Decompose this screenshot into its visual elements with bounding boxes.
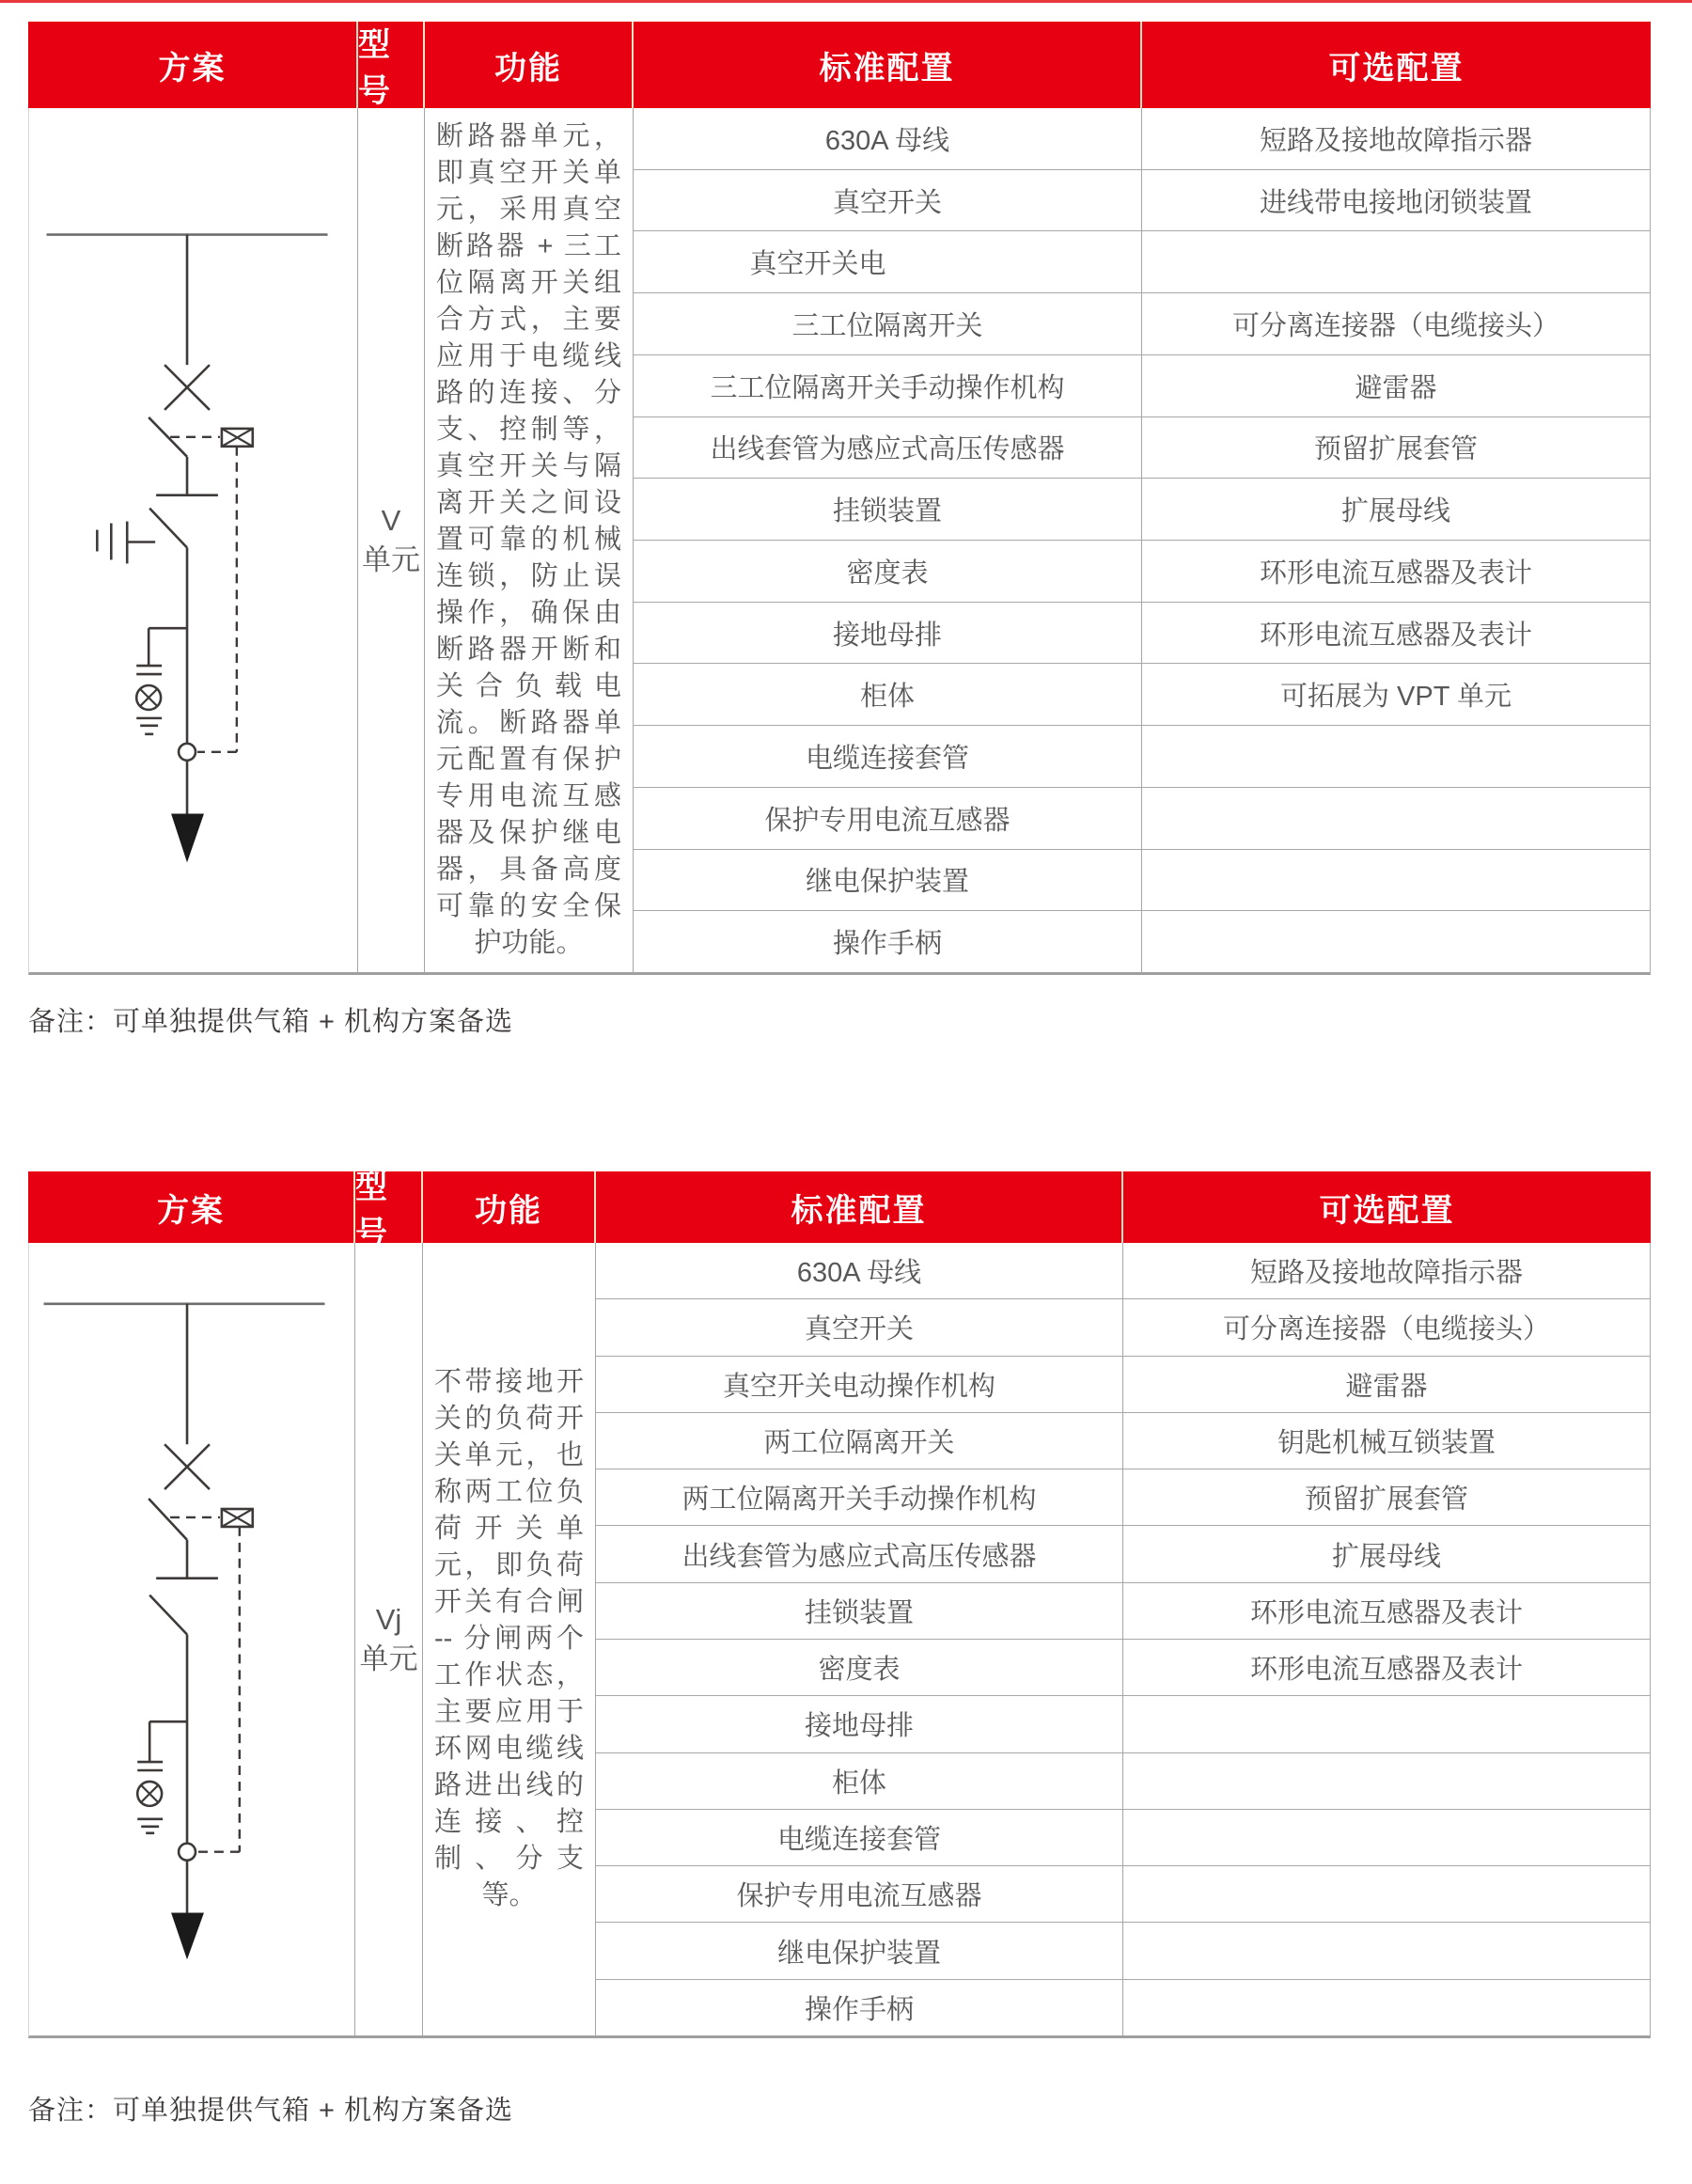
optional-config-cell: 扩展母线 [1142, 478, 1650, 540]
standard-config-item: 真空开关电 [749, 243, 885, 281]
optional-config-item: 钥匙机械互锁装置 [1277, 1422, 1496, 1460]
optional-config-item: 可分离连接器（电缆接头） [1223, 1308, 1550, 1346]
optional-config-cell: 环形电流互感器及表计 [1142, 540, 1650, 602]
standard-config-cell: 操作手柄 [596, 1979, 1122, 2035]
standard-config-item: 操作手柄 [833, 922, 942, 961]
standard-config-cell: 电缆连接套管 [596, 1809, 1122, 1865]
optional-config-item: 可分离连接器（电缆接头） [1232, 305, 1559, 343]
optional-config-cell [1142, 230, 1650, 292]
optional-config-item: 环形电流互感器及表计 [1260, 614, 1532, 652]
standard-config-item: 两工位隔离开关 [763, 1422, 954, 1460]
standard-config-cell: 挂锁装置 [596, 1582, 1122, 1639]
standard-config-item: 继电保护装置 [806, 860, 969, 899]
table-note: 备注：可单独提供气箱 + 机构方案备选 [28, 2089, 513, 2128]
standard-config-cell: 630A 母线 [634, 108, 1141, 169]
optional-config-cell: 可分离连接器（电缆接头） [1142, 292, 1650, 354]
optional-config-item: 环形电流互感器及表计 [1250, 1648, 1523, 1687]
standard-config-cell: 两工位隔离开关 [596, 1412, 1122, 1469]
standard-config-item: 接地母排 [805, 1705, 914, 1743]
optional-config-cell: 预留扩展套管 [1142, 416, 1650, 479]
standard-config-item: 保护专用电流互感器 [764, 799, 1010, 838]
standard-config-item: 两工位隔离开关手动操作机构 [681, 1478, 1036, 1516]
standard-config-cell: 两工位隔离开关手动操作机构 [596, 1469, 1122, 1525]
optional-config-item: 避雷器 [1355, 367, 1436, 405]
function-description: 不带接地开关的负荷开关单元，也称两工位负荷开关单元，即负荷开关有合闸 -- 分闸… [423, 1364, 595, 1914]
header-standard-config: 标准配置 [632, 22, 1140, 108]
header-optional-config: 可选配置 [1140, 22, 1651, 108]
optional-config-cell [1123, 1752, 1650, 1809]
function-cell: 断路器单元，即真空开关单元，采用真空断路器 + 三工位隔离开关组合方式，主要应用… [424, 108, 633, 972]
header-standard-config: 标准配置 [594, 1171, 1121, 1243]
optional-config-cell: 环形电流互感器及表计 [1142, 602, 1650, 664]
optional-config-cell [1142, 910, 1650, 972]
standard-config-item: 630A 母线 [797, 1251, 921, 1290]
optional-config-cell [1142, 787, 1650, 849]
standard-config-item: 真空开关 [833, 181, 942, 220]
function-description: 断路器单元，即真空开关单元，采用真空断路器 + 三工位隔离开关组合方式，主要应用… [425, 118, 633, 962]
standard-config-item: 柜体 [832, 1762, 886, 1800]
header-model: 型号 [353, 1171, 421, 1243]
scheme-diagram-cell [29, 108, 357, 972]
optional-config-cell: 预留扩展套管 [1123, 1469, 1650, 1525]
standard-config-item: 挂锁装置 [833, 490, 942, 528]
optional-config-cell [1142, 849, 1650, 911]
optional-config-cell: 环形电流互感器及表计 [1123, 1582, 1650, 1639]
header-scheme: 方案 [28, 1171, 353, 1243]
single-line-diagram-v-unit [29, 108, 357, 972]
standard-config-cell: 柜体 [634, 663, 1141, 725]
optional-config-cell: 短路及接地故障指示器 [1123, 1243, 1650, 1298]
standard-config-item: 630A 母线 [825, 119, 949, 158]
standard-config-cell: 真空开关电动操作机构 [596, 1356, 1122, 1412]
standard-config-cell: 三工位隔离开关手动操作机构 [634, 354, 1141, 416]
optional-config-cell: 短路及接地故障指示器 [1142, 108, 1650, 169]
standard-config-cell: 出线套管为感应式高压传感器 [596, 1525, 1122, 1581]
standard-config-cell: 真空开关电 [634, 230, 1141, 292]
standard-config-cell: 电缆连接套管 [634, 725, 1141, 787]
optional-config-cell: 环形电流互感器及表计 [1123, 1639, 1650, 1695]
optional-config-item: 可拓展为 VPT 单元 [1280, 675, 1512, 714]
model-label: Vj 单元 [360, 1600, 418, 1679]
header-optional-config: 可选配置 [1121, 1171, 1651, 1243]
standard-config-item: 密度表 [818, 1648, 900, 1687]
optional-config-cell: 可拓展为 VPT 单元 [1142, 663, 1650, 725]
optional-config-cell [1123, 1922, 1650, 1978]
standard-config-column: 630A 母线真空开关真空开关电三工位隔离开关三工位隔离开关手动操作机构出线套管… [633, 108, 1141, 972]
standard-config-item: 真空开关电动操作机构 [723, 1365, 995, 1404]
standard-config-cell: 630A 母线 [596, 1243, 1122, 1298]
scheme-diagram-cell [29, 1243, 354, 2035]
standard-config-column: 630A 母线真空开关真空开关电动操作机构两工位隔离开关两工位隔离开关手动操作机… [595, 1243, 1122, 2035]
optional-config-column: 短路及接地故障指示器进线带电接地闭锁装置可分离连接器（电缆接头）避雷器预留扩展套… [1141, 108, 1650, 972]
optional-config-cell: 进线带电接地闭锁装置 [1142, 169, 1650, 231]
optional-config-item: 环形电流互感器及表计 [1260, 552, 1532, 590]
standard-config-cell: 继电保护装置 [634, 849, 1141, 911]
optional-config-item: 扩展母线 [1332, 1535, 1441, 1574]
optional-config-cell [1142, 725, 1650, 787]
datasheet-page: 方案 型号 功能 标准配置 可选配置 [0, 0, 1692, 2184]
standard-config-cell: 密度表 [596, 1639, 1122, 1695]
optional-config-cell: 扩展母线 [1123, 1525, 1650, 1581]
standard-config-item: 三工位隔离开关手动操作机构 [710, 367, 1064, 405]
optional-config-cell [1123, 1695, 1650, 1752]
standard-config-item: 密度表 [846, 552, 928, 590]
header-function: 功能 [423, 22, 632, 108]
standard-config-item: 保护专用电流互感器 [736, 1875, 981, 1913]
standard-config-item: 接地母排 [833, 614, 942, 652]
function-cell: 不带接地开关的负荷开关单元，也称两工位负荷开关单元，即负荷开关有合闸 -- 分闸… [422, 1243, 595, 2035]
standard-config-cell: 继电保护装置 [596, 1922, 1122, 1978]
optional-config-cell: 钥匙机械互锁装置 [1123, 1412, 1650, 1469]
optional-config-cell: 避雷器 [1123, 1356, 1650, 1412]
standard-config-cell: 操作手柄 [634, 910, 1141, 972]
model-cell: V 单元 [357, 108, 424, 972]
table-header-row: 方案 型号 功能 标准配置 可选配置 [28, 22, 1651, 108]
page-top-rule [0, 0, 1692, 3]
standard-config-cell: 出线套管为感应式高压传感器 [634, 416, 1141, 479]
optional-config-item: 扩展母线 [1341, 490, 1450, 528]
optional-config-column: 短路及接地故障指示器可分离连接器（电缆接头）避雷器钥匙机械互锁装置预留扩展套管扩… [1122, 1243, 1650, 2035]
optional-config-cell: 可分离连接器（电缆接头） [1123, 1298, 1650, 1355]
standard-config-item: 出线套管为感应式高压传感器 [681, 1535, 1036, 1574]
optional-config-cell [1123, 1809, 1650, 1865]
optional-config-item: 预留扩展套管 [1314, 428, 1478, 466]
optional-config-item: 环形电流互感器及表计 [1250, 1592, 1523, 1630]
standard-config-cell: 接地母排 [596, 1695, 1122, 1752]
optional-config-item: 进线带电接地闭锁装置 [1260, 181, 1532, 220]
model-cell: Vj 单元 [354, 1243, 422, 2035]
header-scheme: 方案 [28, 22, 356, 108]
optional-config-item: 避雷器 [1345, 1365, 1427, 1404]
standard-config-item: 操作手柄 [805, 1988, 914, 2027]
table-note: 备注：可单独提供气箱 + 机构方案备选 [28, 1000, 513, 1039]
standard-config-cell: 密度表 [634, 540, 1141, 602]
standard-config-item: 电缆连接套管 [806, 737, 969, 776]
standard-config-item: 出线套管为感应式高压传感器 [710, 428, 1064, 466]
standard-config-item: 继电保护装置 [777, 1932, 941, 1971]
standard-config-cell: 真空开关 [634, 169, 1141, 231]
standard-config-cell: 真空开关 [596, 1298, 1122, 1355]
standard-config-item: 三工位隔离开关 [791, 305, 982, 343]
standard-config-cell: 保护专用电流互感器 [596, 1865, 1122, 1922]
standard-config-item: 挂锁装置 [805, 1592, 914, 1630]
header-function: 功能 [421, 1171, 594, 1243]
standard-config-item: 真空开关 [805, 1308, 914, 1346]
standard-config-item: 柜体 [860, 675, 915, 714]
standard-config-cell: 柜体 [596, 1752, 1122, 1809]
optional-config-cell: 避雷器 [1142, 354, 1650, 416]
standard-config-item: 电缆连接套管 [777, 1818, 941, 1857]
standard-config-cell: 挂锁装置 [634, 478, 1141, 540]
single-line-diagram-vj-unit [29, 1243, 354, 2035]
table-header-row: 方案 型号 功能 标准配置 可选配置 [28, 1171, 1651, 1243]
optional-config-cell [1123, 1979, 1650, 2035]
standard-config-cell: 接地母排 [634, 602, 1141, 664]
optional-config-item: 短路及接地故障指示器 [1260, 119, 1532, 158]
header-model: 型号 [356, 22, 423, 108]
vj-unit-spec-table: 方案 型号 功能 标准配置 可选配置 [28, 1171, 1651, 2038]
optional-config-item: 短路及接地故障指示器 [1250, 1251, 1523, 1290]
standard-config-cell: 保护专用电流互感器 [634, 787, 1141, 849]
v-unit-spec-table: 方案 型号 功能 标准配置 可选配置 [28, 22, 1651, 975]
model-label: V 单元 [362, 501, 420, 580]
standard-config-cell: 三工位隔离开关 [634, 292, 1141, 354]
optional-config-item: 预留扩展套管 [1305, 1478, 1468, 1516]
optional-config-cell [1123, 1865, 1650, 1922]
